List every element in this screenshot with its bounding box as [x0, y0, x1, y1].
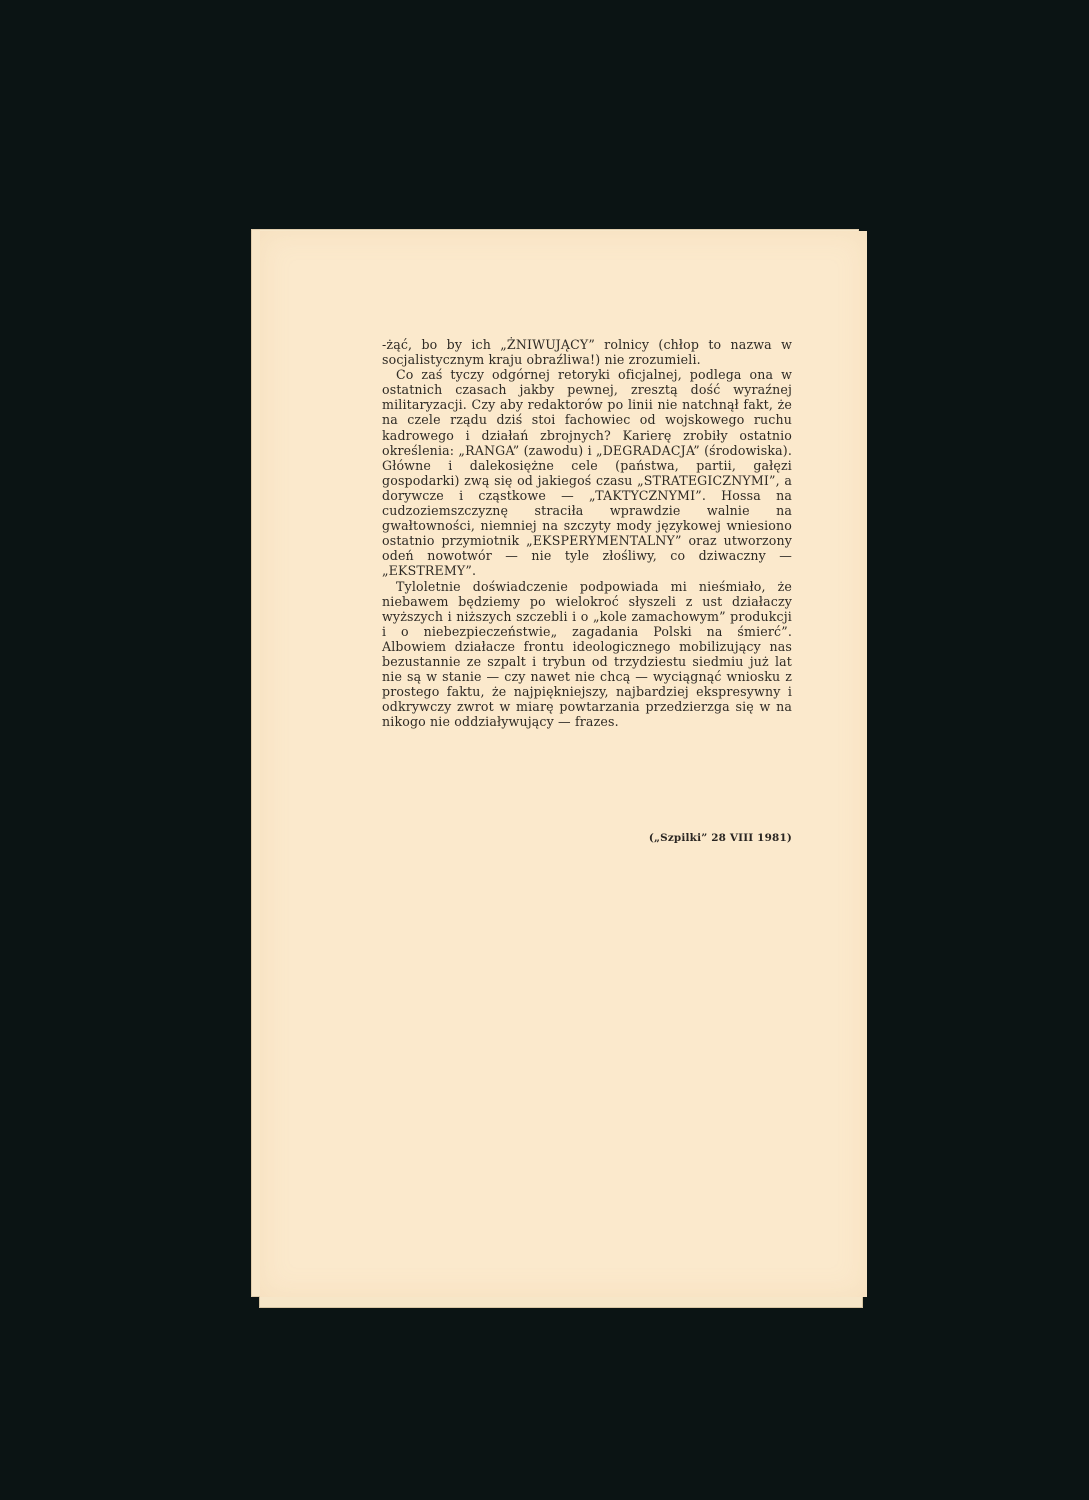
paragraph-3: Tyloletnie doświadczenie podpowiada mi n…: [382, 579, 792, 730]
source-citation: („Szpilki” 28 VIII 1981): [560, 832, 792, 844]
paragraph-1: -żąć, bo by ich „ŻNIWUJĄCY” rolnicy (chł…: [382, 337, 792, 367]
paragraph-2: Co zaś tyczy odgórnej retoryki oficjalne…: [382, 367, 792, 578]
article-text: -żąć, bo by ich „ŻNIWUJĄCY” rolnicy (chł…: [382, 337, 792, 729]
